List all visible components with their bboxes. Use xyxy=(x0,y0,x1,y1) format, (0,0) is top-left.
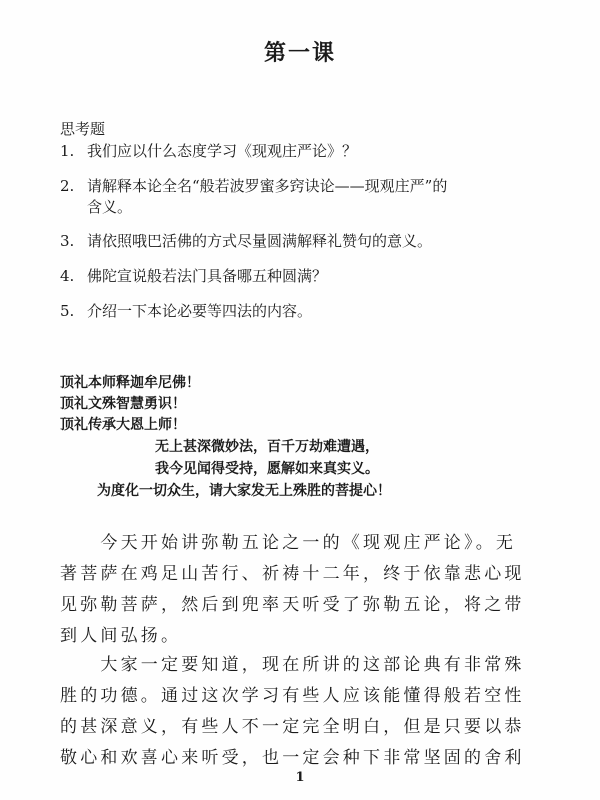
questions-heading: 思考题 xyxy=(60,118,105,139)
body-paragraph: 大家一定要知道，现在所讲的这部论典有非常殊 胜的功德。通过这次学习有些人应该能懂… xyxy=(60,650,550,774)
page-number: 1 xyxy=(0,770,600,785)
question-number: 3. xyxy=(60,231,87,252)
invocation-line: 顶礼文殊智慧勇识！ xyxy=(60,393,186,413)
question-item: 4.佛陀宣说般若法门具备哪五种圆满？ xyxy=(60,266,327,287)
question-item: 2.请解释本论全名“般若波罗蜜多窍诀论——现观庄严”的 含义。 xyxy=(60,176,447,218)
verse-line: 无上甚深微妙法，百千万劫难遭遇， xyxy=(155,436,379,456)
invocation-line: 顶礼传承大恩上师！ xyxy=(60,414,186,434)
body-paragraph: 今天开始讲弥勒五论之一的《现观庄严论》。无 著菩萨在鸡足山苦行、祈祷十二年，终于… xyxy=(60,528,550,652)
paragraph-line: 今天开始讲弥勒五论之一的《现观庄严论》。无 xyxy=(60,528,550,559)
question-number: 4. xyxy=(60,266,87,287)
question-text: 请解释本论全名“般若波罗蜜多窍诀论——现观庄严”的 xyxy=(87,177,447,195)
invocation-line: 顶礼本师释迦牟尼佛！ xyxy=(60,372,200,392)
paragraph-line: 的甚深意义，有些人不一定完全明白，但是只要以恭 xyxy=(60,712,550,743)
question-number: 5. xyxy=(60,301,87,322)
question-text: 请依照哦巴活佛的方式尽量圆满解释礼赞句的意义。 xyxy=(87,232,432,250)
paragraph-line: 见弥勒菩萨，然后到兜率天听受了弥勒五论，将之带 xyxy=(60,590,550,621)
paragraph-line: 到人间弘扬。 xyxy=(60,621,550,652)
question-item: 3.请依照哦巴活佛的方式尽量圆满解释礼赞句的意义。 xyxy=(60,231,432,252)
verse-line: 我今见闻得受持，愿解如来真实义。 xyxy=(155,458,379,478)
paragraph-line: 胜的功德。通过这次学习有些人应该能懂得般若空性 xyxy=(60,681,550,712)
question-text: 介绍一下本论必要等四法的内容。 xyxy=(87,302,312,320)
verse-line: 为度化一切众生，请大家发无上殊胜的菩提心！ xyxy=(97,480,391,500)
question-text-continued: 含义。 xyxy=(60,197,447,218)
paragraph-line: 著菩萨在鸡足山苦行、祈祷十二年，终于依靠悲心现 xyxy=(60,559,550,590)
question-item: 1.我们应以什么态度学习《现观庄严论》？ xyxy=(60,141,357,162)
question-text: 佛陀宣说般若法门具备哪五种圆满？ xyxy=(87,267,327,285)
question-number: 1. xyxy=(60,141,87,162)
paragraph-line: 大家一定要知道，现在所讲的这部论典有非常殊 xyxy=(60,650,550,681)
lesson-title: 第一课 xyxy=(0,36,600,67)
question-item: 5.介绍一下本论必要等四法的内容。 xyxy=(60,301,312,322)
question-number: 2. xyxy=(60,176,87,197)
question-text: 我们应以什么态度学习《现观庄严论》？ xyxy=(87,142,357,160)
